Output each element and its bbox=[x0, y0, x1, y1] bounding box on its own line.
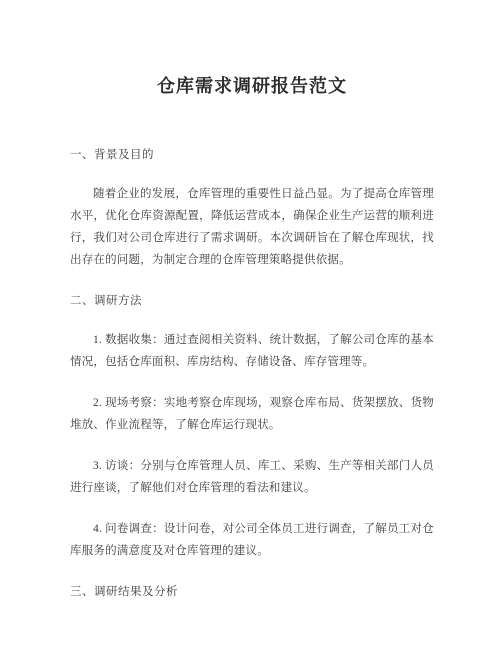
section-heading-methods: 二、调研方法 bbox=[70, 290, 434, 312]
background-paragraph: 随着企业的发展，仓库管理的重要性日益凸显。为了提高仓库管理水平，优化仓库资源配置… bbox=[70, 183, 434, 271]
method-item-data-collection: 1. 数据收集：通过查阅相关资料、统计数据，了解公司仓库的基本情况，包括仓库面积… bbox=[70, 329, 434, 373]
document-page: 仓库需求调研报告范文 一、背景及目的 随着企业的发展，仓库管理的重要性日益凸显。… bbox=[0, 0, 500, 647]
section-heading-background: 一、背景及目的 bbox=[70, 144, 434, 166]
document-title: 仓库需求调研报告范文 bbox=[70, 72, 434, 98]
section-heading-results: 三、调研结果及分析 bbox=[70, 581, 434, 603]
method-item-site-visit: 2. 现场考察：实地考察仓库现场，观察仓库布局、货架摆放、货物堆放、作业流程等，… bbox=[70, 392, 434, 436]
method-item-survey: 4. 问卷调查：设计问卷，对公司全体员工进行调查，了解员工对仓库服务的满意度及对… bbox=[70, 518, 434, 562]
method-item-interview: 3. 访谈：分别与仓库管理人员、库工、采购、生产等相关部门人员进行座谈，了解他们… bbox=[70, 455, 434, 499]
